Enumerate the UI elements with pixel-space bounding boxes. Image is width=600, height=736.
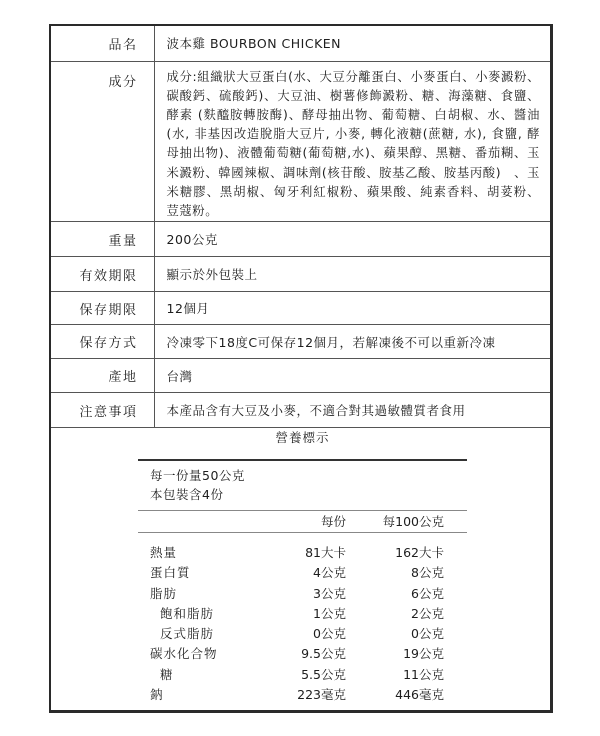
nutrition-row-saturated-fat: 飽和脂肪 1公克 2公克 <box>138 604 467 624</box>
serving-size: 每一份量50公克 <box>150 466 467 485</box>
column-header-blank <box>138 511 258 532</box>
nutrient-name: 反式脂肪 <box>138 624 258 644</box>
spec-row-storage: 保存方式 冷凍零下18度C可保存12個月，若解凍後不可以重新冷凍 <box>51 325 550 359</box>
spec-label: 品名 <box>51 26 154 61</box>
value-per-serving: 81大卡 <box>258 543 346 563</box>
spec-value-origin: 台灣 <box>154 359 550 393</box>
nutrition-row-sodium: 鈉 223毫克 446毫克 <box>138 685 467 705</box>
spec-label: 產地 <box>51 359 154 393</box>
value-per-100g: 0公克 <box>346 624 444 644</box>
spec-label: 保存期限 <box>51 292 154 325</box>
nutrition-column-header: 每份 每100公克 <box>138 511 467 532</box>
spec-value-product-name: 波本雞 BOURBON CHICKEN <box>154 26 550 61</box>
value-per-100g: 8公克 <box>346 563 444 583</box>
spec-value-expiry: 顯示於外包裝上 <box>154 257 550 292</box>
value-per-serving: 1公克 <box>258 604 346 624</box>
product-label-sheet: 品名 波本雞 BOURBON CHICKEN 成分 成分:組織狀大豆蛋白(水、大… <box>49 24 553 713</box>
nutrient-name: 熱量 <box>138 543 258 563</box>
value-per-100g: 11公克 <box>346 665 444 685</box>
nutrition-row-fat: 脂肪 3公克 6公克 <box>138 584 467 604</box>
nutrition-row-calories: 熱量 81大卡 162大卡 <box>138 543 467 563</box>
nutrient-name: 糖 <box>138 665 258 685</box>
value-per-serving: 223毫克 <box>258 685 346 705</box>
value-per-100g: 2公克 <box>346 604 444 624</box>
nutrient-name: 鈉 <box>138 685 258 705</box>
spec-row-origin: 產地 台灣 <box>51 359 550 393</box>
product-spec-table: 品名 波本雞 BOURBON CHICKEN 成分 成分:組織狀大豆蛋白(水、大… <box>51 26 550 428</box>
nutrition-title: 營養標示 <box>138 426 467 459</box>
servings-per-package: 本包裝含4份 <box>150 485 467 504</box>
spec-label: 成分 <box>51 61 154 222</box>
nutrition-row-protein: 蛋白質 4公克 8公克 <box>138 563 467 583</box>
nutrient-name: 碳水化合物 <box>138 644 258 664</box>
spec-row-expiry: 有效期限 顯示於外包裝上 <box>51 257 550 292</box>
spec-label: 保存方式 <box>51 325 154 359</box>
column-header-per-serving: 每份 <box>258 511 346 532</box>
spec-value-shelf-life: 12個月 <box>154 292 550 325</box>
serving-info: 每一份量50公克 本包裝含4份 <box>138 461 467 510</box>
spec-value-weight: 200公克 <box>154 222 550 257</box>
value-per-serving: 5.5公克 <box>258 665 346 685</box>
spec-value-warning: 本產品含有大豆及小麥，不適合對其過敏體質者食用 <box>154 393 550 428</box>
value-per-serving: 0公克 <box>258 624 346 644</box>
spec-row-shelf-life: 保存期限 12個月 <box>51 292 550 325</box>
value-per-100g: 19公克 <box>346 644 444 664</box>
spec-row-warning: 注意事項 本產品含有大豆及小麥，不適合對其過敏體質者食用 <box>51 393 550 428</box>
spec-value-ingredients: 成分:組織狀大豆蛋白(水、大豆分離蛋白、小麥蛋白、小麥澱粉、碳酸鈣、硫酸鈣)、大… <box>154 61 550 222</box>
value-per-serving: 4公克 <box>258 563 346 583</box>
nutrition-rows: 熱量 81大卡 162大卡 蛋白質 4公克 8公克 脂肪 3公克 6公克 飽和脂… <box>138 533 467 705</box>
spec-row-ingredients: 成分 成分:組織狀大豆蛋白(水、大豆分離蛋白、小麥蛋白、小麥澱粉、碳酸鈣、硫酸鈣… <box>51 61 550 222</box>
nutrient-name: 脂肪 <box>138 584 258 604</box>
nutrition-row-carbohydrate: 碳水化合物 9.5公克 19公克 <box>138 644 467 664</box>
nutrient-name: 蛋白質 <box>138 563 258 583</box>
value-per-100g: 6公克 <box>346 584 444 604</box>
value-per-100g: 446毫克 <box>346 685 444 705</box>
value-per-100g: 162大卡 <box>346 543 444 563</box>
nutrition-facts: 營養標示 每一份量50公克 本包裝含4份 每份 每100公克 熱量 81大卡 1… <box>138 426 467 705</box>
value-per-serving: 9.5公克 <box>258 644 346 664</box>
spec-row-product-name: 品名 波本雞 BOURBON CHICKEN <box>51 26 550 61</box>
value-per-serving: 3公克 <box>258 584 346 604</box>
spec-label: 有效期限 <box>51 257 154 292</box>
column-header-per-100g: 每100公克 <box>346 511 444 532</box>
spec-label: 注意事項 <box>51 393 154 428</box>
spec-value-storage: 冷凍零下18度C可保存12個月，若解凍後不可以重新冷凍 <box>154 325 550 359</box>
nutrition-row-sugar: 糖 5.5公克 11公克 <box>138 665 467 685</box>
nutrient-name: 飽和脂肪 <box>138 604 258 624</box>
spec-label: 重量 <box>51 222 154 257</box>
spec-row-weight: 重量 200公克 <box>51 222 550 257</box>
nutrition-row-trans-fat: 反式脂肪 0公克 0公克 <box>138 624 467 644</box>
